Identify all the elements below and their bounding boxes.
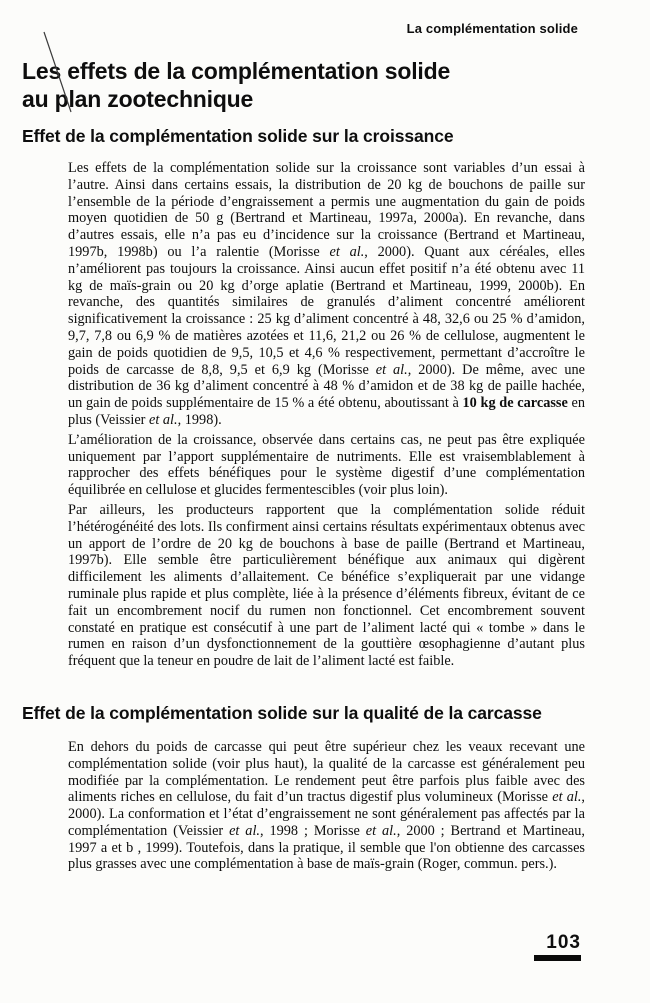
document-page: La complémentation solide Les effets de …	[0, 0, 650, 1003]
page-title: Les effets de la complémentation solide …	[22, 57, 650, 113]
text-run: , 1998).	[178, 412, 222, 428]
section-heading-croissance: Effet de la complémentation solide sur l…	[22, 127, 650, 146]
bold-text-run: 10 kg de carcasse	[463, 395, 568, 411]
paragraph: L’amélioration de la croissance, observé…	[68, 432, 585, 499]
text-run: En dehors du poids de carcasse qui peut …	[68, 739, 585, 805]
page-number-block: 103	[534, 933, 581, 961]
italic-text-run: et al.	[366, 823, 397, 839]
text-run: Par ailleurs, les producteurs rapportent…	[68, 502, 585, 669]
section-heading-carcasse: Effet de la complémentation solide sur l…	[22, 704, 650, 723]
italic-text-run: et al.	[552, 789, 581, 805]
paragraph: Les effets de la complémentation solide …	[68, 160, 585, 429]
text-run: , 2000). Quant aux céréales, elles n’amé…	[68, 244, 585, 378]
paragraph: En dehors du poids de carcasse qui peut …	[68, 739, 585, 873]
text-run: L’amélioration de la croissance, observé…	[68, 432, 585, 498]
italic-text-run: et al.	[329, 244, 364, 260]
italic-text-run: et al.	[229, 823, 260, 839]
section-body-croissance: Les effets de la complémentation solide …	[68, 160, 585, 670]
section-body-carcasse: En dehors du poids de carcasse qui peut …	[68, 739, 585, 873]
text-run: , 1998 ; Morisse	[260, 823, 366, 839]
title-line-1: Les effets de la complémentation solide	[22, 58, 450, 84]
italic-text-run: et al.	[376, 362, 408, 378]
section-carcasse: Effet de la complémentation solide sur l…	[0, 704, 650, 873]
page-number-underline	[534, 955, 581, 961]
section-croissance: Effet de la complémentation solide sur l…	[0, 127, 650, 670]
title-line-2: au plan zootechnique	[22, 86, 253, 112]
running-header: La complémentation solide	[0, 0, 650, 36]
page-number: 103	[534, 933, 581, 953]
paragraph: Par ailleurs, les producteurs rapportent…	[68, 502, 585, 670]
italic-text-run: et al.	[149, 412, 178, 428]
